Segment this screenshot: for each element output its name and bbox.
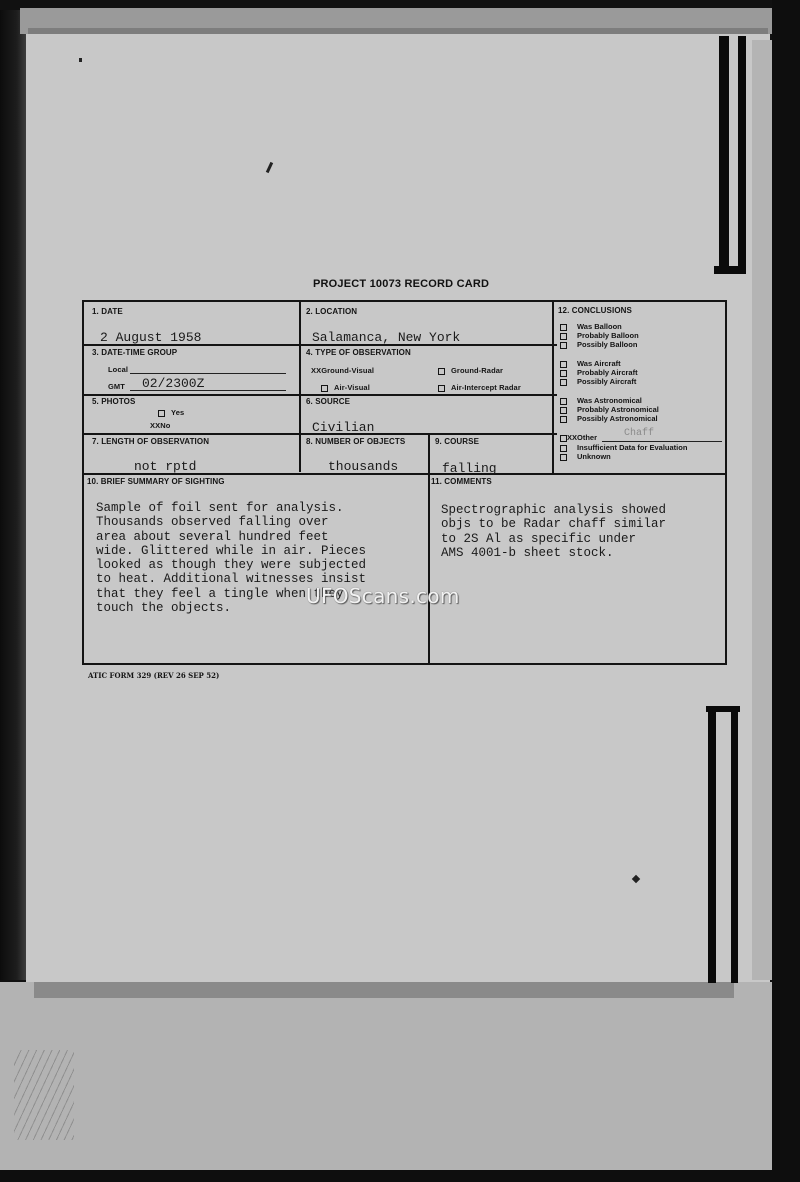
source-value: Civilian (312, 420, 374, 435)
watermark: UFOScans.com (306, 584, 460, 608)
checkbox-icon (560, 342, 567, 349)
location-label: 2. LOCATION (306, 307, 357, 316)
local-time-field-line (130, 373, 286, 374)
conclusion-probably-astronomical: Probably Astronomical (560, 405, 659, 414)
checkbox-icon (560, 361, 567, 368)
length-of-observation-label: 7. LENGTH OF OBSERVATION (92, 437, 209, 446)
checkbox-icon (560, 416, 567, 423)
record-card: 1. DATE 2 August 1958 2. LOCATION Salama… (82, 300, 727, 665)
date-label: 1. DATE (92, 307, 123, 316)
card-title: PROJECT 10073 RECORD CARD (313, 278, 489, 290)
comments-text: Spectrographic analysis showed objs to b… (441, 503, 666, 560)
checkbox-icon (560, 324, 567, 331)
conclusion-was-aircraft: Was Aircraft (560, 359, 621, 368)
lower-sheet (0, 982, 772, 1170)
summary-label: 10. BRIEF SUMMARY OF SIGHTING (87, 477, 225, 486)
conclusion-possibly-balloon: Possibly Balloon (560, 340, 637, 349)
checked-mark: XX (150, 421, 160, 430)
scan-right-frame (772, 0, 800, 1182)
conclusion-unknown: Unknown (560, 452, 611, 461)
scan-bottom-frame (0, 1170, 800, 1182)
checkbox-icon (438, 385, 445, 392)
other-value: Chaff (624, 428, 654, 439)
conclusion-possibly-aircraft: Possibly Aircraft (560, 377, 636, 386)
page-edge-strip (752, 40, 772, 980)
grid-line (299, 302, 301, 472)
option-ground-radar: Ground-Radar (438, 366, 503, 375)
source-label: 6. SOURCE (306, 397, 350, 406)
binder-mark-top-left (719, 36, 729, 272)
conclusion-was-astronomical: Was Astronomical (560, 396, 642, 405)
lower-sheet-shadow (34, 982, 734, 998)
conclusion-probably-balloon: Probably Balloon (560, 331, 639, 340)
checkbox-icon (158, 410, 165, 417)
checkbox-icon (560, 333, 567, 340)
gmt-value: 02/2300Z (142, 376, 204, 391)
date-value: 2 August 1958 (100, 330, 201, 345)
course-label: 9. COURSE (435, 437, 479, 446)
checkbox-icon (560, 454, 567, 461)
local-time-label: Local (108, 365, 128, 374)
checked-mark: XX (311, 366, 321, 375)
option-ground-visual: XXGround-Visual (311, 366, 374, 375)
binder-mark-top-base (714, 266, 746, 274)
conclusions-section: 12. CONCLUSIONS Was Balloon Probably Bal… (554, 302, 727, 474)
checkbox-icon (560, 445, 567, 452)
binder-mark-bottom-right (731, 708, 738, 983)
length-of-observation-value: not rptd (134, 459, 196, 474)
option-photos-yes: Yes (158, 408, 184, 417)
date-time-group-label: 3. DATE-TIME GROUP (92, 348, 177, 357)
photos-label: 5. PHOTOS (92, 397, 135, 406)
option-photos-no: XXNo (150, 421, 170, 430)
checkbox-icon (438, 368, 445, 375)
checked-mark: XX (567, 433, 577, 442)
other-field-line (602, 441, 722, 442)
number-of-objects-label: 8. NUMBER OF OBJECTS (306, 437, 405, 446)
binder-mark-bottom-left (708, 708, 716, 983)
checkbox-icon (560, 407, 567, 414)
scratch-marks (14, 1050, 74, 1140)
comments-label: 11. COMMENTS (431, 477, 492, 486)
option-air-visual: Air-Visual (321, 383, 370, 392)
checkbox-icon (321, 385, 328, 392)
number-of-objects-value: thousands (328, 459, 398, 474)
type-of-observation-label: 4. TYPE OF OBSERVATION (306, 348, 411, 357)
checkbox-icon (560, 370, 567, 377)
grid-line (84, 394, 552, 396)
course-value: falling (442, 461, 497, 476)
option-air-intercept-radar: Air-Intercept Radar (438, 383, 521, 392)
checkbox-icon (560, 435, 567, 442)
form-id: ATIC FORM 329 (REV 26 SEP 52) (88, 671, 219, 680)
scan-top-shadow (28, 28, 768, 34)
conclusion-insufficient-data: Insufficient Data for Evaluation (560, 443, 687, 452)
checkbox-icon (560, 379, 567, 386)
grid-line (428, 433, 430, 663)
speck-mark (79, 58, 82, 62)
binder-mark-top-right (738, 36, 746, 272)
checkbox-icon (560, 398, 567, 405)
conclusion-other: XXOther (560, 433, 597, 442)
conclusion-possibly-astronomical: Possibly Astronomical (560, 414, 658, 423)
conclusion-probably-aircraft: Probably Aircraft (560, 368, 638, 377)
gmt-label: GMT (108, 382, 125, 391)
location-value: Salamanca, New York (312, 330, 460, 345)
conclusion-was-balloon: Was Balloon (560, 322, 622, 331)
conclusions-label: 12. CONCLUSIONS (558, 306, 632, 315)
